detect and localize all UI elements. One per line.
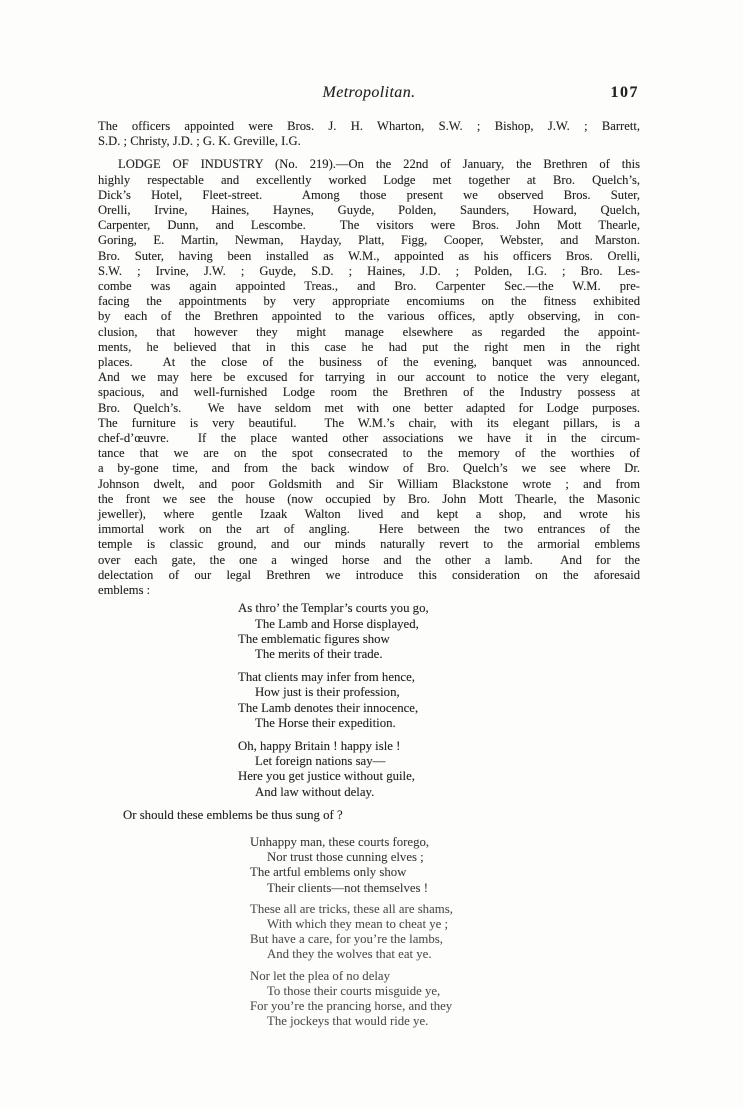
text-line: spacious, and well-furnished Lodge room … bbox=[98, 385, 640, 400]
text-line: And they the wolves that eat ye. bbox=[250, 947, 640, 962]
scanned-document-page: Metropolitan. 107 The officers appointed… bbox=[0, 0, 743, 1109]
page-header: Metropolitan. 107 bbox=[98, 84, 640, 106]
paragraph-lodge-of-industry: LODGE OF INDUSTRY (No. 219).—On the 22nd… bbox=[98, 157, 640, 598]
text-line: The merits of their trade. bbox=[238, 647, 640, 662]
text-line: Johnson dwelt, and poor Goldsmith and Si… bbox=[98, 477, 640, 492]
text-line: temple is classic ground, and our minds … bbox=[98, 537, 640, 552]
text-line: Bro. Suter, having been installed as W.M… bbox=[98, 249, 640, 264]
text-line: chef-d’œuvre. If the place wanted other … bbox=[98, 431, 640, 446]
text-line: The officers appointed were Bros. J. H. … bbox=[98, 119, 640, 134]
section-title: Metropolitan. bbox=[98, 84, 640, 102]
text-line: The artful emblems only show bbox=[250, 865, 640, 880]
text-line: And we may here be excused for tarrying … bbox=[98, 370, 640, 385]
text-line: tance that we are on the spot consecrate… bbox=[98, 446, 640, 461]
text-line: S.D. ; Christy, J.D. ; G. K. Greville, I… bbox=[98, 134, 640, 149]
page-number: 107 bbox=[611, 84, 640, 102]
text-line: Orelli, Irvine, Haines, Haynes, Guyde, P… bbox=[98, 203, 640, 218]
text-line: And law without delay. bbox=[238, 785, 640, 800]
text-line: For you’re the prancing horse, and they bbox=[250, 999, 640, 1014]
text-line: The furniture is very beautiful. The W.M… bbox=[98, 416, 640, 431]
text-line: But have a care, for you’re the lambs, bbox=[250, 932, 640, 947]
text-line: LODGE OF INDUSTRY (No. 219).—On the 22nd… bbox=[98, 157, 640, 172]
text-line: The Lamb and Horse displayed, bbox=[238, 617, 640, 632]
text-line: Oh, happy Britain ! happy isle ! bbox=[238, 739, 640, 754]
poem-stanza-2: That clients may infer from hence,How ju… bbox=[238, 670, 640, 731]
text-line: Nor trust those cunning elves ; bbox=[250, 850, 640, 865]
text-line: Let foreign nations say— bbox=[238, 754, 640, 769]
text-line: The Horse their expedition. bbox=[238, 716, 640, 731]
text-line: a by-gone time, and from the back window… bbox=[98, 461, 640, 476]
text-line: facing the appointments by very appropri… bbox=[98, 294, 640, 309]
text-line: by each of the Brethren appointed to the… bbox=[98, 309, 640, 324]
text-line: That clients may infer from hence, bbox=[238, 670, 640, 685]
text-line: emblems : bbox=[98, 583, 640, 598]
interlude-question: Or should these emblems be thus sung of … bbox=[123, 808, 640, 823]
poem-stanza-6: Nor let the plea of no delayTo those the… bbox=[250, 969, 640, 1030]
poem-stanza-3: Oh, happy Britain ! happy isle !Let fore… bbox=[238, 739, 640, 800]
poem-stanza-4: Unhappy man, these courts forego,Nor tru… bbox=[250, 835, 640, 896]
text-line: over each gate, the one a winged horse a… bbox=[98, 553, 640, 568]
text-line: Their clients—not themselves ! bbox=[250, 881, 640, 896]
text-line: The emblematic figures show bbox=[238, 632, 640, 647]
text-line: To those their courts misguide ye, bbox=[250, 984, 640, 999]
text-line: Nor let the plea of no delay bbox=[250, 969, 640, 984]
poem-emblems-second: Unhappy man, these courts forego,Nor tru… bbox=[250, 835, 640, 1029]
text-line: With which they mean to cheat ye ; bbox=[250, 917, 640, 932]
text-line: Goring, E. Martin, Newman, Hayday, Platt… bbox=[98, 233, 640, 248]
paragraph-officers: The officers appointed were Bros. J. H. … bbox=[98, 119, 640, 149]
text-line: highly respectable and excellently worke… bbox=[98, 173, 640, 188]
text-line: Carpenter, Dunn, and Lescombe. The visit… bbox=[98, 218, 640, 233]
text-line: S.W. ; Irvine, J.W. ; Guyde, S.D. ; Hain… bbox=[98, 264, 640, 279]
text-line: How just is their profession, bbox=[238, 685, 640, 700]
text-line: the front we see the house (now occupied… bbox=[98, 492, 640, 507]
text-line: These all are tricks, these all are sham… bbox=[250, 902, 640, 917]
text-line: The Lamb denotes their innocence, bbox=[238, 701, 640, 716]
text-line: delectation of our legal Brethren we int… bbox=[98, 568, 640, 583]
text-line: Unhappy man, these courts forego, bbox=[250, 835, 640, 850]
text-line: Dick’s Hotel, Fleet-street. Among those … bbox=[98, 188, 640, 203]
poem-emblems-first: As thro’ the Templar’s courts you go,The… bbox=[238, 601, 640, 799]
text-line: As thro’ the Templar’s courts you go, bbox=[238, 601, 640, 616]
text-line: The jockeys that would ride ye. bbox=[250, 1014, 640, 1029]
text-line: Here you get justice without guile, bbox=[238, 769, 640, 784]
poem-stanza-1: As thro’ the Templar’s courts you go,The… bbox=[238, 601, 640, 662]
text-line: immortal work on the art of angling. Her… bbox=[98, 522, 640, 537]
text-line: clusion, that however they might manage … bbox=[98, 325, 640, 340]
page-content: Metropolitan. 107 The officers appointed… bbox=[98, 84, 640, 1035]
text-line: Bro. Quelch’s. We have seldom met with o… bbox=[98, 401, 640, 416]
poem-stanza-5: These all are tricks, these all are sham… bbox=[250, 902, 640, 963]
text-line: places. At the close of the business of … bbox=[98, 355, 640, 370]
text-line: jeweller), where gentle Izaak Walton liv… bbox=[98, 507, 640, 522]
text-line: ments, he believed that in this case he … bbox=[98, 340, 640, 355]
text-line: combe was again appointed Treas., and Br… bbox=[98, 279, 640, 294]
